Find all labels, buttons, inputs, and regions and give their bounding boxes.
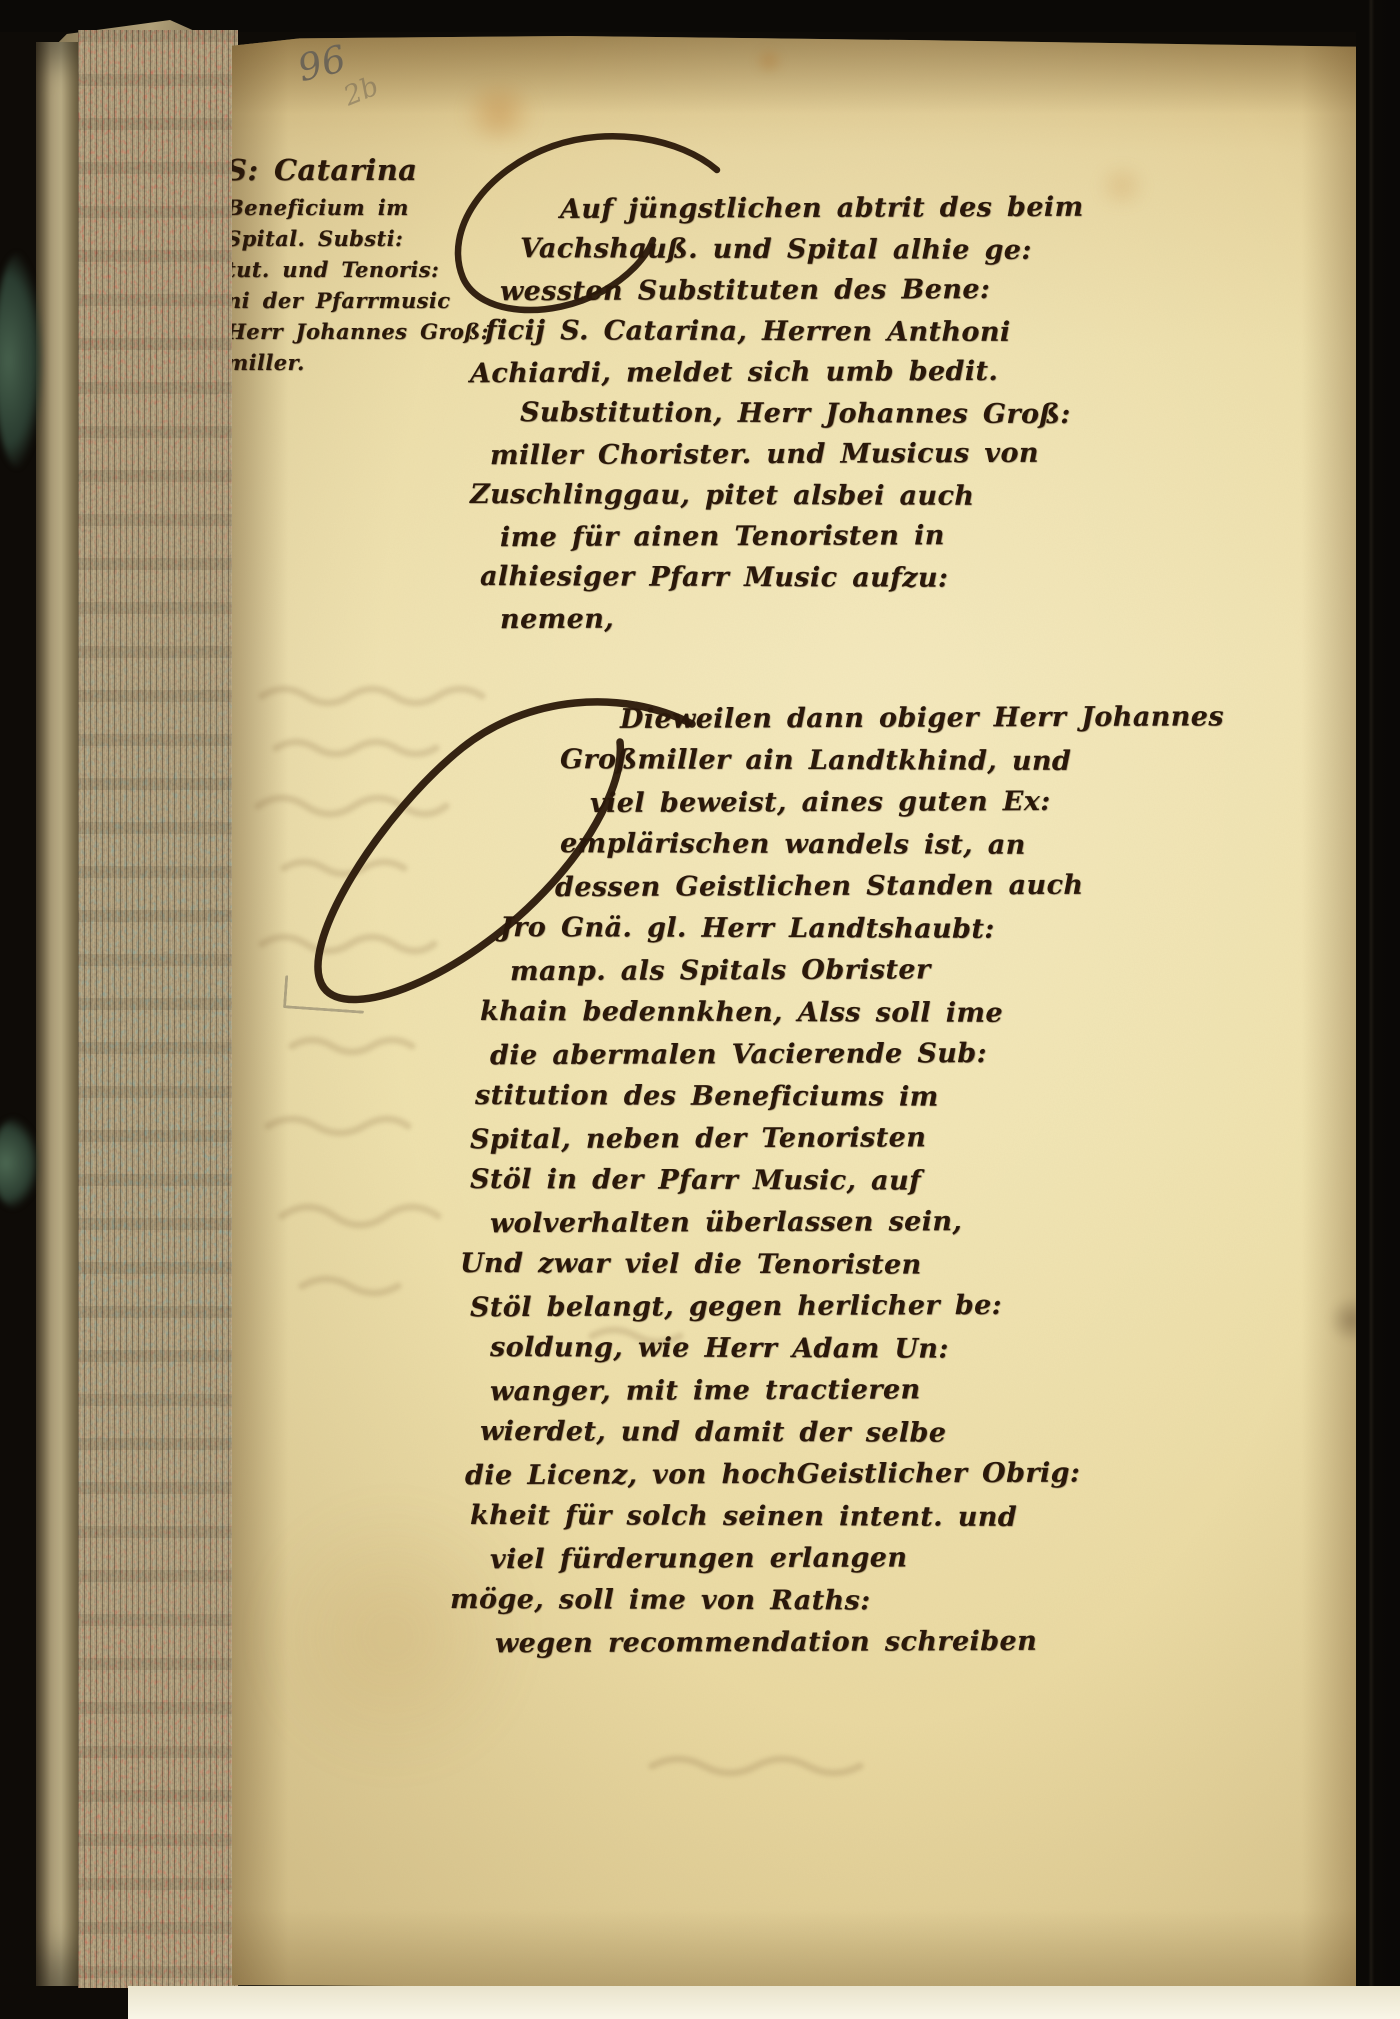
ink-stain [1092, 166, 1152, 206]
text-line: die abermalen Vacierende Sub: [490, 1033, 1048, 1077]
text-line: die Licenz, von hochGeistlicher Obrig: [465, 1453, 1048, 1498]
text-line: ficij S. Catarina, Herren Anthoni [485, 310, 1022, 353]
pencil-mark [283, 975, 366, 1014]
text-line: Dieweilen dann obiger Herr Johannes [620, 697, 1048, 741]
book-cover-edge [36, 42, 78, 1986]
margin-note-line: Spital. Substi: [226, 223, 452, 254]
text-line: Spital, neben der Tenoristen [470, 1117, 1048, 1162]
text-line: Vachshauß. und Spital alhie ge: [520, 228, 1022, 271]
ink-stain [456, 84, 542, 142]
text-line: viel fürderungen erlangen [490, 1537, 1048, 1581]
text-line: wolverhalten überlassen sein, [490, 1201, 1048, 1245]
paragraph: Auf jüngstlichen abtrit des beim Vachsha… [462, 188, 1022, 639]
text-line: dessen Geistlichen Standen auch [555, 865, 1048, 909]
text-line: viel beweist, aines guten Ex: [590, 781, 1048, 825]
text-line: manp. als Spitals Obrister [510, 949, 1048, 993]
text-line: Großmiller ain Landtkhind, und [560, 739, 1048, 783]
text-line: Jro Gnä. gl. Herr Landtshaubt: [500, 907, 1048, 951]
photo-background-right [1356, 0, 1400, 2019]
text-line: Und zwar viel die Tenoristen [460, 1243, 1048, 1287]
text-line: ime für ainen Tenoristen in [500, 515, 1022, 558]
text-line: Zuschlinggau, pitet alsbei auch [470, 474, 1022, 517]
text-line: wanger, mit ime tractieren [490, 1369, 1048, 1413]
margin-note-line: Herr Johannes Groß: [226, 316, 452, 347]
text-line: Substitution, Herr Johannes Groß: [520, 392, 1022, 435]
text-line: miller Chorister. und Musicus von [490, 433, 1022, 476]
text-line: Achiardi, meldet sich umb bedit. [470, 351, 1022, 394]
text-line: Stöl belangt, gegen herlicher be: [470, 1285, 1048, 1330]
text-line: wierdet, und damit der selbe [480, 1411, 1048, 1455]
text-line: wessten Substituten des Bene: [500, 269, 1022, 312]
text-line: stitution des Beneficiums im [475, 1075, 1048, 1119]
manuscript-photograph: 96 2b S: Catarina Beneficium im Spital. … [0, 0, 1400, 2019]
margin-note-line: tut. und Tenoris: [226, 254, 452, 285]
fore-edge-striations [78, 30, 238, 1988]
margin-note-line: ni der Pfarrmusic [226, 285, 452, 316]
margin-note-line: miller. [226, 347, 452, 378]
text-line: soldung, wie Herr Adam Un: [490, 1327, 1048, 1371]
margin-note: S: Catarina Beneficium im Spital. Substi… [226, 148, 452, 378]
text-line: Stöl in der Pfarr Music, auf [470, 1159, 1048, 1203]
text-line: alhiesiger Pfarr Music aufzu: [480, 556, 1022, 599]
text-line: wegen recommendation schreiben [495, 1621, 1048, 1665]
margin-note-line: S: Catarina [226, 148, 452, 192]
text-line: khain bedennkhen, Alss soll ime [480, 991, 1048, 1035]
text-line: möge, soll ime von Raths: [450, 1579, 1048, 1623]
text-line: kheit für solch seinen intent. und [470, 1495, 1048, 1539]
paragraph: Dieweilen dann obiger Herr Johannes Groß… [448, 698, 1048, 1664]
bookmark-fiber [0, 1118, 38, 1208]
text-line: Auf jüngstlichen abtrit des beim [560, 187, 1022, 230]
book-fore-edge [78, 30, 238, 1988]
underlying-page-edge [128, 1986, 1400, 2019]
photo-background-top [0, 0, 1400, 32]
text-line: emplärischen wandels ist, an [560, 823, 1048, 867]
ink-stain [752, 48, 786, 74]
margin-note-line: Beneficium im [226, 192, 452, 223]
manuscript-page: 96 2b S: Catarina Beneficium im Spital. … [232, 36, 1358, 1988]
text-line: nemen, [500, 597, 1022, 640]
